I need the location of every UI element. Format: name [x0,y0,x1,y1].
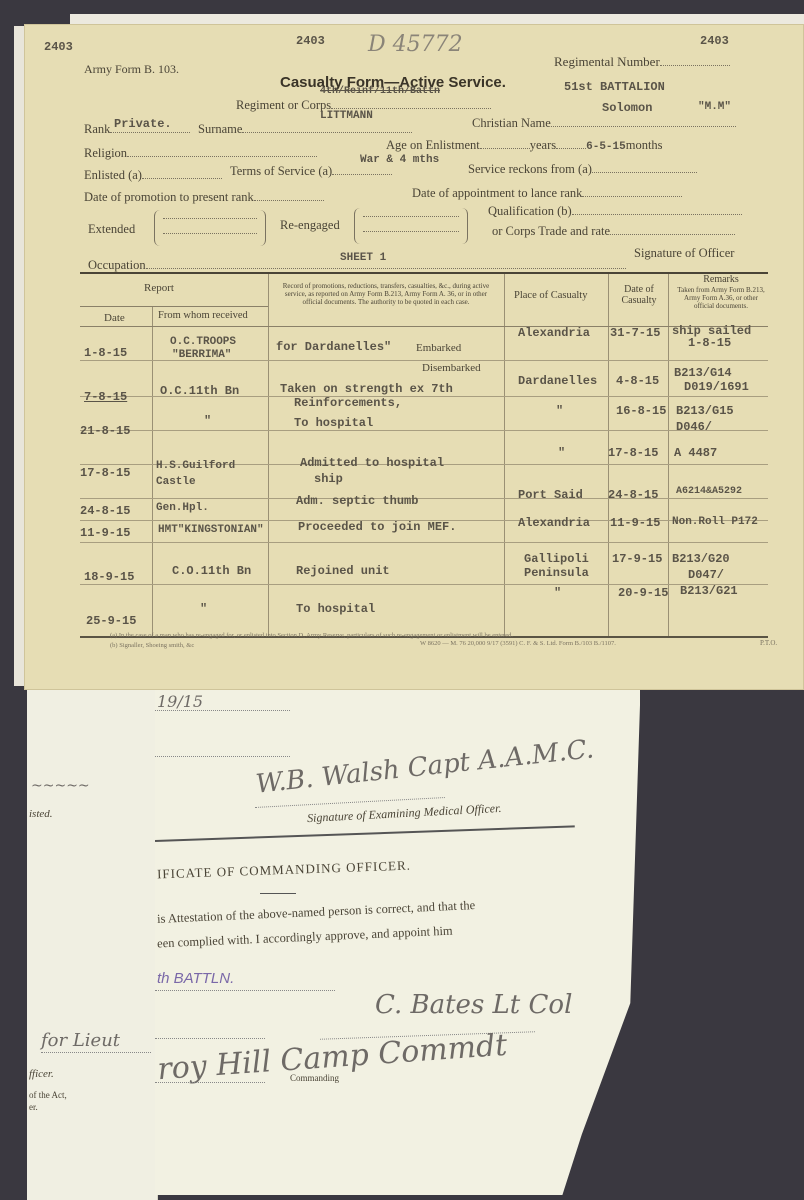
terms-value: War & 4 mths [360,154,439,166]
row-date: 18-9-15 [84,570,134,584]
qualification-label: Qualification (b) [488,204,572,218]
struck-handwriting: ~~~~~ [31,778,90,794]
regimental-number-field: Regimental Number [554,54,730,70]
fragment-act: of the Act, [29,1090,67,1100]
lance-rank-field: Date of appointment to lance rank [412,186,682,201]
row-record: Adm. septic thumb [296,494,418,508]
row-divider [80,430,768,431]
row-date-casualty: 31-7-15 [610,326,660,340]
grid-line [80,306,268,307]
row-remarks: B213/G21 [680,584,738,598]
row-remarks: B213/G14 [674,366,732,380]
corps-trade-field: or Corps Trade and rate [492,224,735,239]
lance-rank-label: Date of appointment to lance rank [412,186,582,200]
row-remarks-line2: D046/ [676,420,712,434]
grid-line [504,274,505,636]
row-remarks: Non.Roll P172 [672,516,758,528]
row-remarks: A 4487 [674,446,717,460]
row-place: Alexandria [518,516,590,530]
row-remarks: B213/G20 [672,552,730,566]
row-record: To hospital [294,416,373,430]
age-label: Age on Enlistment [386,138,480,152]
row-from: " [200,602,207,616]
row-date: 17-8-15 [80,466,130,480]
christian-name-label: Christian Name [472,116,551,130]
dotted-line [155,990,335,991]
header-remarks-subtext: Taken from Army Form B.213, Army Form A.… [674,286,768,310]
header-from-whom: From whom received [158,310,248,321]
please-turn-over: P.T.O. [760,639,777,647]
terms-field: Terms of Service (a) [230,164,392,179]
medical-officer-signature: W.B. Walsh Capt A.A.M.C. [254,734,595,799]
date-fragment: 19/15 [157,692,203,711]
footnote-a: (a) In the case of a man who has re-enga… [110,632,513,639]
row-place: Alexandria [518,326,590,340]
age-value: 6-5-15 [586,141,626,153]
regiment-label: Regiment or Corps [236,98,331,112]
co-certificate-text-line2: een complied with. I accordingly approve… [157,924,453,952]
row-place: " [554,586,561,600]
commanding-label: Commanding [290,1073,339,1083]
row-record: Taken on strength ex 7th [280,382,453,396]
row-place: Dardanelles [518,374,597,388]
grid-line [668,274,669,636]
signature-line [41,1052,151,1053]
heading-rule [260,893,296,894]
serial-number-right: 2403 [700,34,729,48]
religion-label: Religion [84,146,127,160]
fragment-enlisted: isted. [29,808,53,820]
row-record: Rejoined unit [296,564,390,578]
dotted-line [155,710,290,711]
row-date-casualty: 17-9-15 [612,552,662,566]
christian-name-field: Christian Name [472,116,736,131]
dotted-line [155,1082,265,1083]
row-date: 11-9-15 [80,526,130,540]
row-remarks: B213/G15 [676,404,734,418]
battalion-stamp: th BATTLN. [157,970,234,987]
row-record-line2: Reinforcements, [294,396,402,410]
reengaged-label: Re-engaged [280,218,340,233]
attestation-fold-strip: ~~~~~ isted. for Lieut fficer. of the Ac… [27,690,158,1200]
regiment-value: 51st BATTALION [564,80,665,94]
row-divider [80,584,768,585]
row-date-casualty: 20-9-15 [618,586,668,600]
regiment-value-struck: 4th/Reinf/11th/Battn [320,86,440,97]
co-certificate-text-line1: is Attestation of the above-named person… [157,898,476,927]
corps-trade-label: or Corps Trade and rate [492,224,610,238]
qualification-field: Qualification (b) [488,204,742,219]
age-field: Age on Enlistmentyears6-5-15months [386,138,663,153]
row-from: O.C.11th Bn [160,384,239,398]
row-from: C.O.11th Bn [172,564,251,578]
row-place-line2: Peninsula [524,566,589,580]
file-reference: D 45772 [368,32,463,57]
row-place: " [558,446,565,460]
row-from: H.S.Guilford [156,460,235,472]
rank-label: Rank [84,122,110,136]
reengaged-bracket [354,208,468,244]
promotion-date-field: Date of promotion to present rank [84,190,324,205]
row-date: 7-8-15 [84,390,127,404]
row-place: " [556,404,563,418]
row-date-casualty: 24-8-15 [608,488,658,502]
rank-value: Private. [114,117,172,131]
row-date-casualty: 17-8-15 [608,446,658,460]
sheet-number: SHEET 1 [340,252,386,264]
grid-line [80,326,768,327]
header-report: Report [144,282,174,294]
service-reckons-label: Service reckons from (a) [468,162,592,176]
attestation-paper: 19/15 W.B. Walsh Capt A.A.M.C. Signature… [155,690,640,1195]
header-divider [80,272,768,274]
grid-line [268,274,269,636]
row-place: Port Said [518,488,583,502]
printer-imprint: W 8620 — M. 76 20,000 9/17 (3591) C. F. … [420,640,616,647]
row-from-line2: Castle [156,476,196,488]
header-remarks: Remarks [674,274,768,285]
row-date-casualty: 4-8-15 [616,374,659,388]
occupation-label: Occupation [88,258,146,272]
enlisted-field: Enlisted (a) [84,168,222,183]
extended-bracket [154,210,266,246]
surname-value: LITTMANN [320,110,373,122]
dotted-line [155,1038,265,1039]
row-divider [80,542,768,543]
row-record: Admitted to hospital [300,456,444,470]
fragment-er: er. [29,1102,38,1112]
row-date: 25-9-15 [86,614,136,628]
christian-name-value: Solomon [602,101,652,115]
row-record: To hospital [296,602,375,616]
header-place-of-casualty: Place of Casualty [514,290,587,301]
row-remarks-line2: D019/1691 [684,380,749,394]
header-date: Date [104,312,125,324]
co-signature: C. Bates Lt Col [375,990,572,1020]
row-date: 24-8-15 [80,504,130,518]
years-label: years [530,138,556,152]
row-date-casualty: 16-8-15 [616,404,666,418]
row-from: " [204,414,211,428]
row-record: Proceeded to join MEF. [298,520,456,534]
section-divider [155,825,575,842]
form-name: Army Form B. 103. [84,62,179,77]
footnote-b: (b) Signaller, Shoeing smith, &c [110,642,194,649]
surname-field: Surname [198,122,412,137]
regimental-number-label: Regimental Number [554,54,660,69]
enlisted-label: Enlisted (a) [84,168,142,182]
row-divider [80,498,768,499]
row-place: Gallipoli [524,552,589,566]
dotted-line [155,756,290,757]
religion-field: Religion [84,146,317,161]
signature-of-officer-label: Signature of Officer [634,246,734,261]
months-label: months [626,138,663,152]
header-record: Record of promotions, reductions, transf… [274,282,498,306]
fragment-officer: fficer. [29,1068,54,1080]
row-record: for Dardanelles" [276,340,391,354]
extended-label: Extended [88,222,135,237]
service-reckons-field: Service reckons from (a) [468,162,697,177]
terms-label: Terms of Service (a) [230,164,332,178]
disembarked-label: Disembarked [422,362,481,374]
casualty-form-card: 2403 2403 D 45772 2403 Army Form B. 103.… [24,24,804,690]
row-from: Gen.Hpl. [156,502,209,514]
row-remarks-line2: D047/ [688,568,724,582]
row-from: O.C.TROOPS [170,336,236,348]
serial-number-left: 2403 [44,40,73,54]
row-remarks-line2: 1-8-15 [688,336,731,350]
promotion-date-label: Date of promotion to present rank [84,190,254,204]
grid-line [152,306,153,636]
row-from: HMT"KINGSTONIAN" [158,524,264,536]
row-from-line2: "BERRIMA" [172,349,231,361]
row-record-line2: ship [314,472,343,486]
co-certificate-heading: IFICATE OF COMMANDING OFFICER. [157,858,411,883]
fragment-lieut-signature: for Lieut [41,1030,120,1051]
serial-number-center: 2403 [296,34,325,48]
row-date-casualty: 11-9-15 [610,516,660,530]
row-date: 21-8-15 [80,424,130,438]
row-remarks: A6214&A5292 [676,486,742,497]
embarked-label: Embarked [416,342,461,354]
header-date-of-casualty: Date of Casualty [614,284,664,306]
medical-signature-label: Signature of Examining Medical Officer. [307,801,502,826]
surname-label: Surname [198,122,242,136]
row-date: 1-8-15 [84,346,127,360]
christian-name-note: "M.M" [698,101,731,113]
